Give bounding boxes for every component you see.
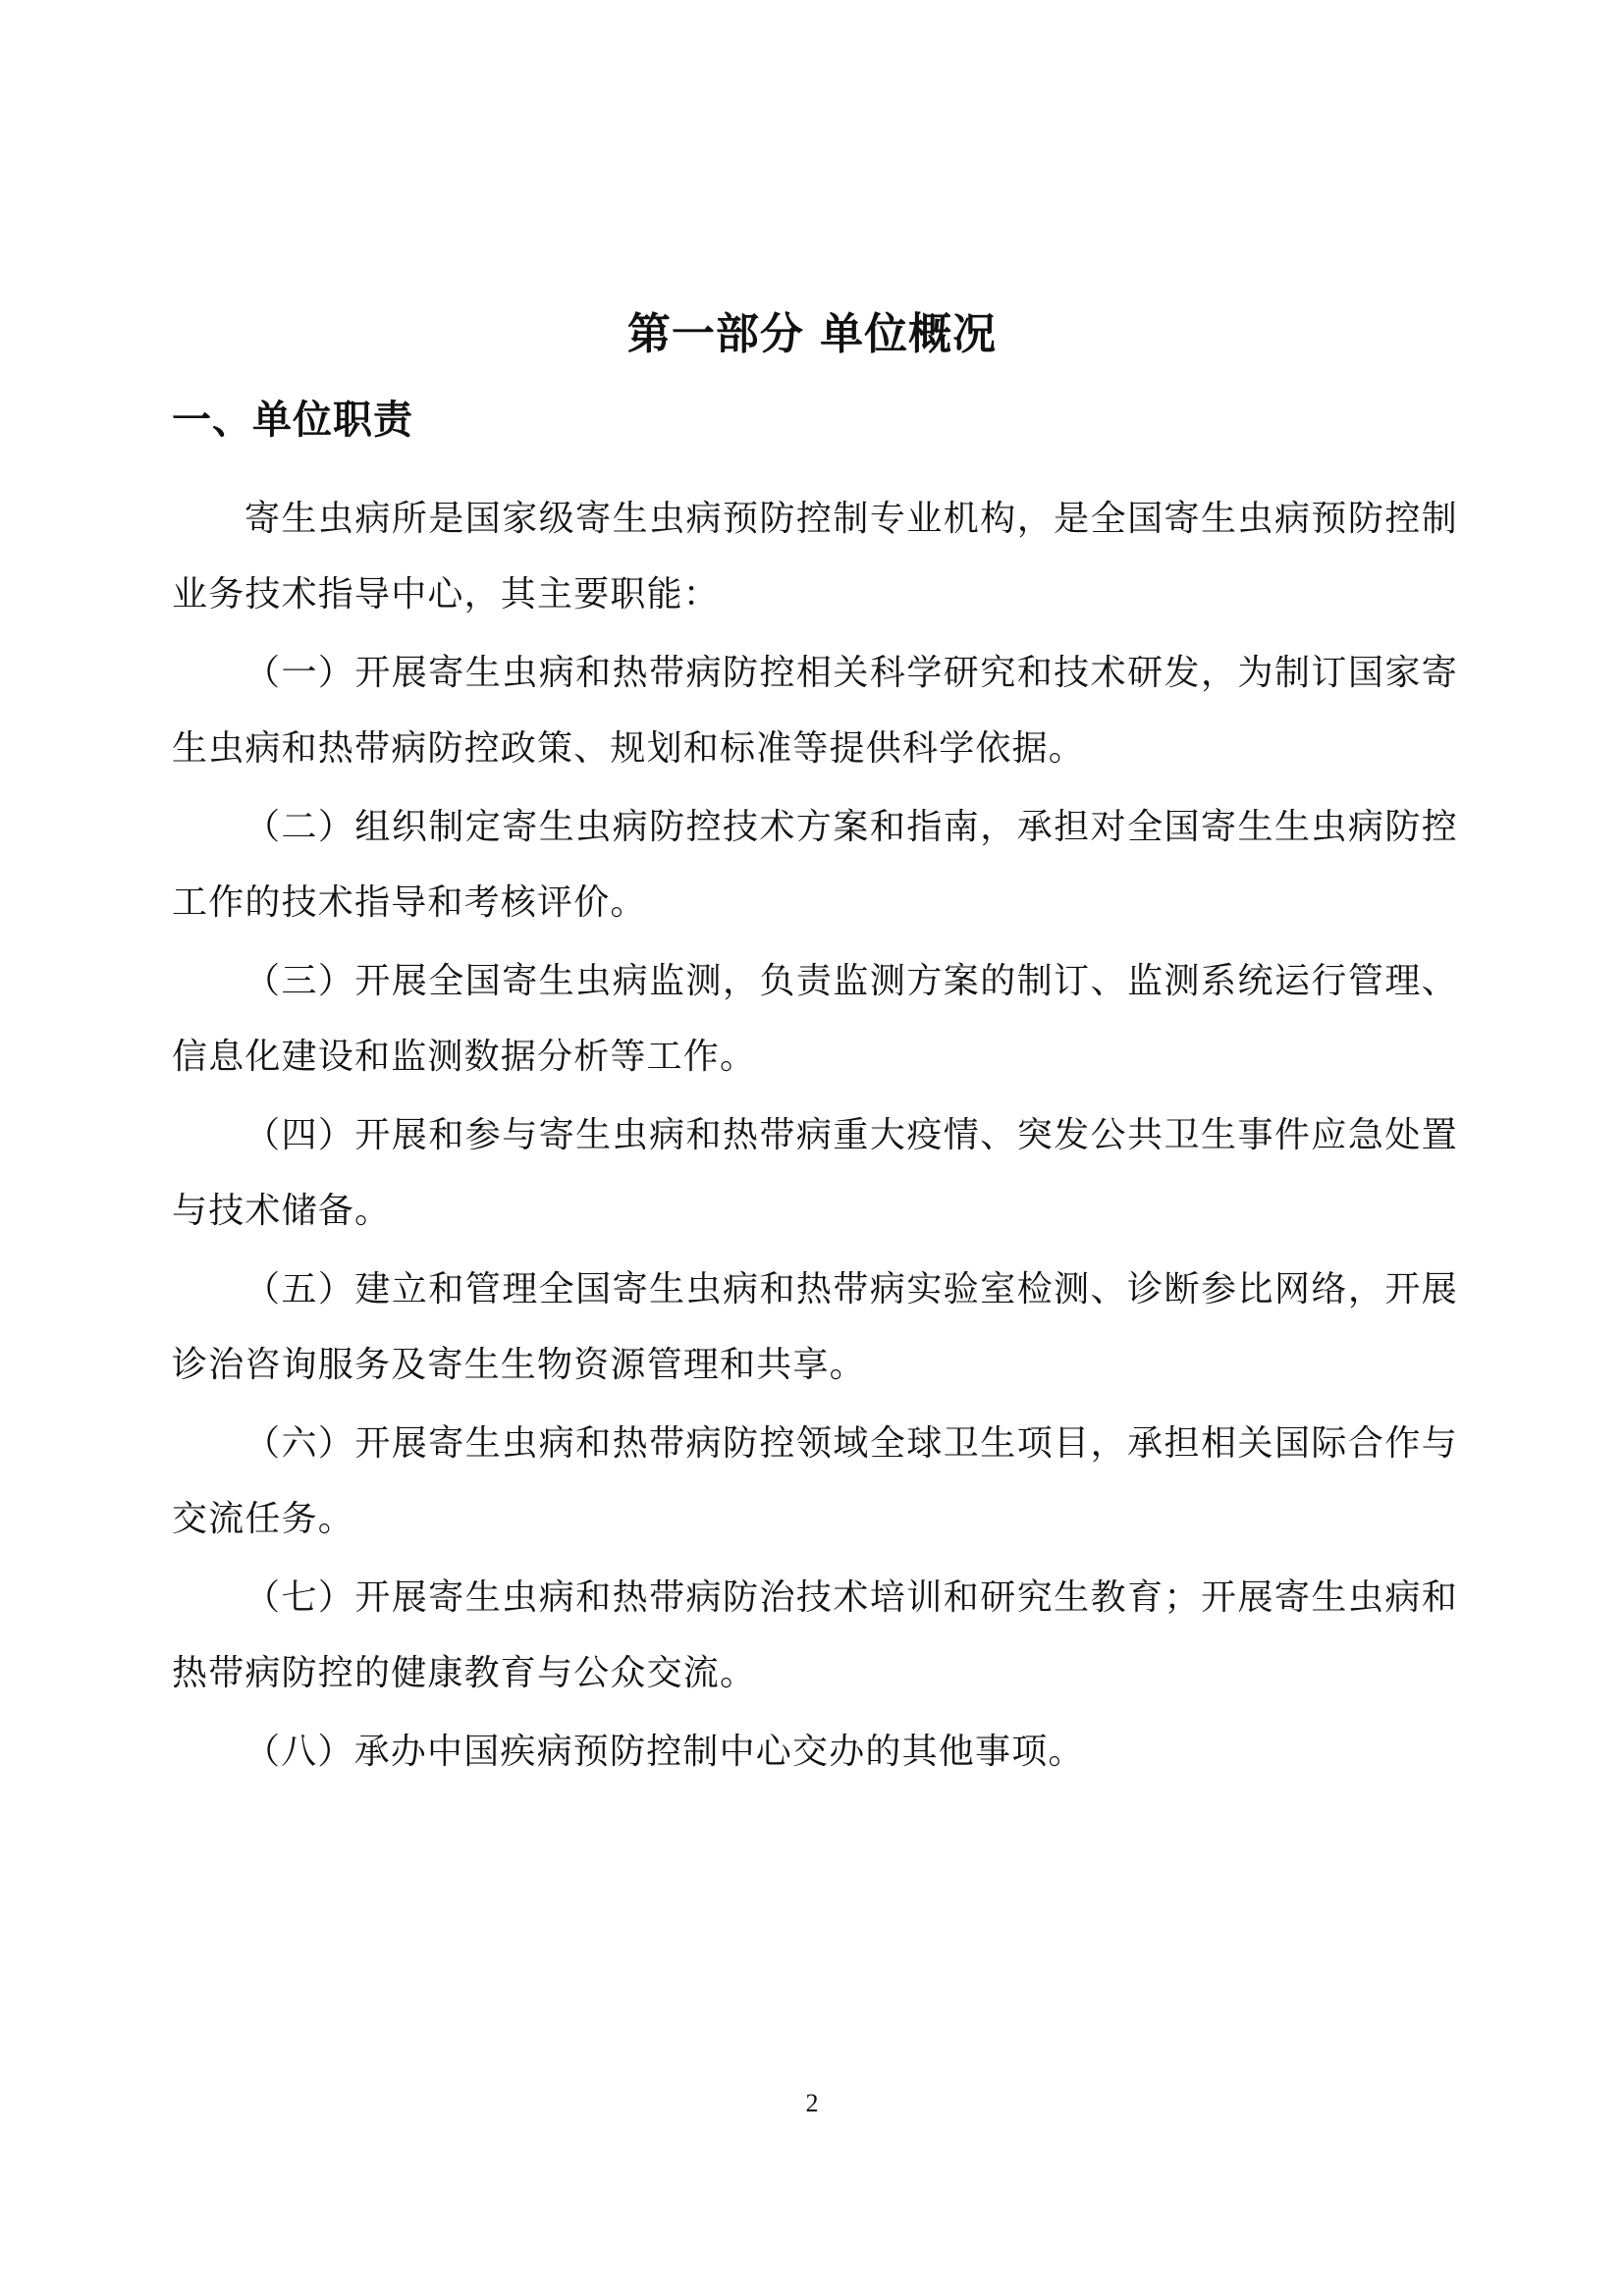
paragraph-function-6: （六）开展寄生虫病和热带病防控领域全球卫生项目，承担相关国际合作与交流任务。 xyxy=(172,1406,1458,1557)
paragraph-function-4: （四）开展和参与寄生虫病和热带病重大疫情、突发公共卫生事件应急处置与技术储备。 xyxy=(172,1097,1458,1249)
page-title: 第一部分 单位概况 xyxy=(0,305,1624,364)
paragraph-intro: 寄生虫病所是国家级寄生虫病预防控制专业机构，是全国寄生虫病预防控制业务技术指导中… xyxy=(172,481,1458,632)
paragraph-function-8: （八）承办中国疾病预防控制中心交办的其他事项。 xyxy=(172,1714,1458,1789)
paragraph-function-5: （五）建立和管理全国寄生虫病和热带病实验室检测、诊断参比网络，开展诊治咨询服务及… xyxy=(172,1252,1458,1403)
section-heading: 一、单位职责 xyxy=(172,391,413,450)
document-body: 寄生虫病所是国家级寄生虫病预防控制专业机构，是全国寄生虫病预防控制业务技术指导中… xyxy=(172,481,1458,1792)
paragraph-function-2: （二）组织制定寄生虫病防控技术方案和指南，承担对全国寄生生虫病防控工作的技术指导… xyxy=(172,789,1458,940)
paragraph-function-7: （七）开展寄生虫病和热带病防治技术培训和研究生教育；开展寄生虫病和热带病防控的健… xyxy=(172,1560,1458,1711)
paragraph-function-3: （三）开展全国寄生虫病监测，负责监测方案的制订、监测系统运行管理、信息化建设和监… xyxy=(172,943,1458,1095)
paragraph-function-1: （一）开展寄生虫病和热带病防控相关科学研究和技术研发，为制订国家寄生虫病和热带病… xyxy=(172,635,1458,786)
page-number: 2 xyxy=(0,2089,1624,2118)
